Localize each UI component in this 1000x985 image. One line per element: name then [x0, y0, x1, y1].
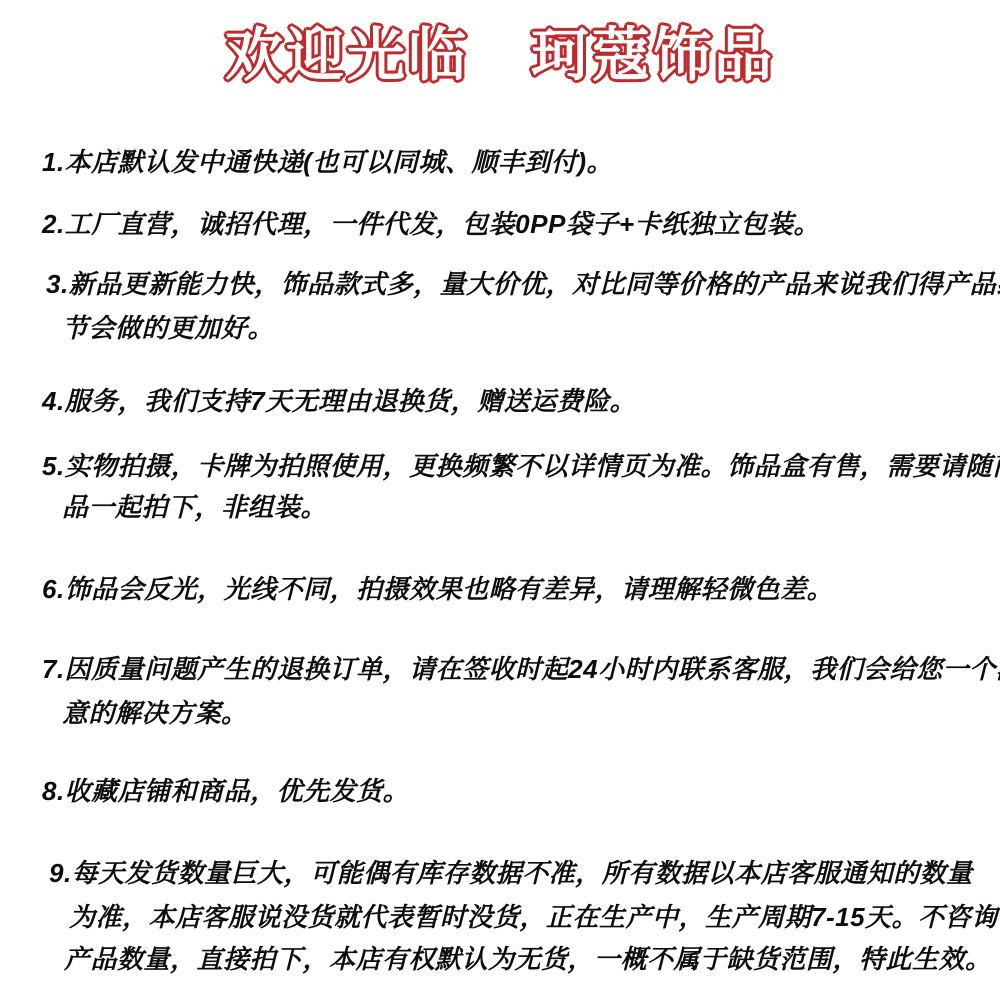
notice-item-3-line-1: 3.新品更新能力快，饰品款式多，量大价优，对比同等价格的产品来说我们得产品细: [46, 268, 1000, 300]
notice-item-1: 1.本店默认发中通快递(也可以同城、顺丰到付)。: [42, 146, 613, 178]
notice-item-5-line-1: 5.实物拍摄，卡牌为拍照使用，更换频繁不以详情页为准。饰品盒有售，需要请随商: [42, 450, 1000, 482]
notice-item-2: 2.工厂直营，诚招代理，一件代发，包装0PP袋子+卡纸独立包装。: [42, 208, 820, 240]
notice-item-9-line-1: 9.每天发货数量巨大，可能偶有库存数据不准，所有数据以本店客服通知的数量: [49, 857, 973, 889]
notice-item-9-line-3: 产品数量，直接拍下，本店有权默认为无货，一概不属于缺货范围，特此生效。: [64, 943, 992, 975]
title-brand-name: 珂蔻饰品: [531, 22, 775, 90]
notice-item-6: 6.饰品会反光，光线不同，拍摄效果也略有差异，请理解轻微色差。: [42, 573, 833, 605]
store-notice-page: 欢迎光临 珂蔻饰品 1.本店默认发中通快递(也可以同城、顺丰到付)。 2.工厂直…: [0, 0, 1000, 985]
notice-item-9-line-2: 为准，本店客服说没货就代表暂时没货，正在生产中，生产周期7-15天。不咨询: [69, 901, 998, 933]
notice-item-3-line-2: 节会做的更加好。: [62, 312, 274, 344]
notice-item-7-line-2: 意的解决方案。: [62, 697, 248, 729]
notice-item-8: 8.收藏店铺和商品，优先发货。: [42, 775, 409, 807]
notice-item-4: 4.服务，我们支持7天无理由退换货，赠送运费险。: [42, 385, 636, 417]
page-title: 欢迎光临 珂蔻饰品: [0, 22, 1000, 90]
notice-item-5-line-2: 品一起拍下，非组装。: [62, 491, 327, 523]
title-welcome-text: 欢迎光临: [225, 22, 469, 90]
notice-item-7-line-1: 7.因质量问题产生的退换订单，请在签收时起24小时内联系客服，我们会给您一个满: [42, 653, 1000, 685]
